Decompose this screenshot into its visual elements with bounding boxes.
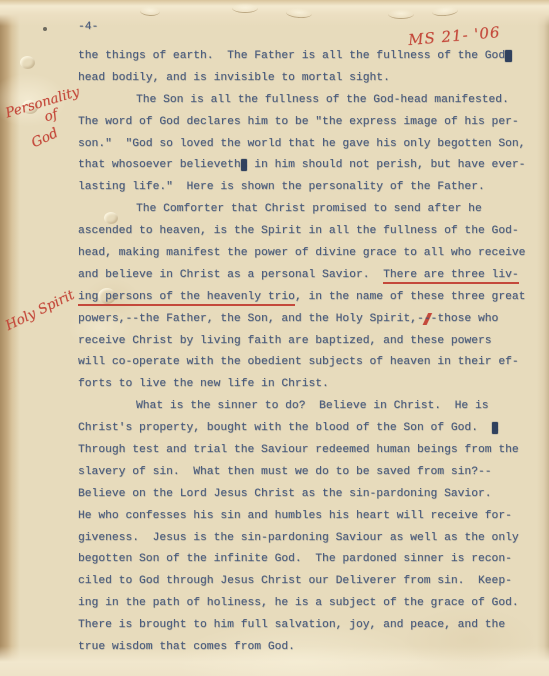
text-segment: Christ's property, bought with the blood… [78,422,492,434]
paper-crease [140,5,160,16]
text-segment: head, making manifest the power of divin… [78,247,525,259]
red-underlined-text: ing persons of the heavenly trio [78,291,295,306]
page-number: -4- [78,21,98,33]
text-line: and believe in Christ as a personal Savi… [78,265,540,287]
text-segment: The Son is all the fullness of the God-h… [136,94,509,106]
text-line: forts to live the new life in Christ. [78,374,540,396]
ink-blot: p [505,50,512,62]
text-line: He who confesses his sin and humbles his… [78,506,540,528]
text-segment: Through test and trial the Saviour redee… [78,444,519,456]
text-line: that whosoever believeths in him should … [78,155,540,177]
text-segment: those who [437,313,498,325]
text-line: receive Christ by living faith are bapti… [78,331,540,353]
paper-crease [388,9,414,19]
text-segment: ascended to heaven, is the Spirit in all… [78,225,519,237]
text-line: The Son is all the fullness of the God-h… [78,90,540,112]
text-segment: What is the sinner to do? Believe in Chr… [136,400,489,412]
text-segment: and believe in Christ as a personal Savi… [78,269,383,281]
text-segment: The Comforter that Christ promised to se… [136,203,482,215]
text-line: ciled to God through Jesus Christ our De… [78,571,540,593]
text-line: lasting life." Here is shown the persona… [78,177,540,199]
text-line: the things of earth. The Father is all t… [78,46,540,68]
text-segment: son." "God so loved the world that he ga… [78,138,525,150]
text-segment: , in the name of these three great [295,291,526,303]
text-line: ascended to heaven, is the Spirit in all… [78,221,540,243]
text-segment: that whosoever believeth [78,159,241,171]
text-segment: The word of God declares him to be "the … [78,116,519,128]
paper-emboss-mark [20,56,35,69]
text-segment: will co-operate with the obedient subjec… [78,356,519,368]
text-line: What is the sinner to do? Believe in Chr… [78,396,540,418]
text-line: true wisdom that comes from God. [78,637,540,659]
typewritten-text: the things of earth. The Father is all t… [78,46,540,659]
paper-crease [286,7,313,19]
red-underlined-text: There are three liv- [383,269,519,284]
stray-ink-dot [43,27,47,31]
manuscript-page: -4- MS 21- '06 PersonalityofGod Holy Spi… [0,0,549,676]
text-line: head bodily, and is invisible to mortal … [78,68,540,90]
text-segment: lasting life." Here is shown the persona… [78,181,485,193]
text-line: powers,--the Father, the Son, and the Ho… [78,309,540,331]
text-line: ing persons of the heavenly trio, in the… [78,287,540,309]
text-segment: in him should not perish, but have ever- [247,159,525,171]
text-line: begotten Son of the infinite God. The pa… [78,549,540,571]
text-line: Christ's property, bought with the blood… [78,418,540,440]
text-segment: true wisdom that comes from God. [78,641,295,653]
text-segment: the things of earth. The Father is all t… [78,50,505,62]
text-line: son." "God so loved the world that he ga… [78,134,540,156]
text-line: head, making manifest the power of divin… [78,243,540,265]
text-segment: receive Christ by living faith are bapti… [78,335,492,347]
text-segment: slavery of sin. What then must we do to … [78,466,492,478]
text-line: will co-operate with the obedient subjec… [78,352,540,374]
text-line: giveness. Jesus is the sin-pardoning Sav… [78,528,540,550]
text-line: The word of God declares him to be "the … [78,112,540,134]
text-line: Believe on the Lord Jesus Christ as the … [78,484,540,506]
paper-crease [232,3,258,13]
text-segment: ing in the path of holiness, he is a sub… [78,597,519,609]
text-segment: He who confesses his sin and humbles his… [78,510,512,522]
text-segment: ciled to God through Jesus Christ our De… [78,575,512,587]
text-line: The Comforter that Christ promised to se… [78,199,540,221]
text-line: ing in the path of holiness, he is a sub… [78,593,540,615]
text-segment: head bodily, and is invisible to mortal … [78,72,390,84]
paper-crease [432,5,459,17]
ink-blot: E [492,422,499,434]
text-line: slavery of sin. What then must we do to … [78,462,540,484]
text-segment: There is brought to him full salvation, … [78,619,505,631]
text-line: Through test and trial the Saviour redee… [78,440,540,462]
text-segment: giveness. Jesus is the sin-pardoning Sav… [78,532,519,544]
text-segment: powers,--the Father, the Son, and the Ho… [78,313,417,325]
red-slashed-text: --- [417,313,437,325]
text-segment: Believe on the Lord Jesus Christ as the … [78,488,492,500]
text-line: There is brought to him full salvation, … [78,615,540,637]
text-segment: begotten Son of the infinite God. The pa… [78,553,512,565]
text-segment: forts to live the new life in Christ. [78,378,329,390]
